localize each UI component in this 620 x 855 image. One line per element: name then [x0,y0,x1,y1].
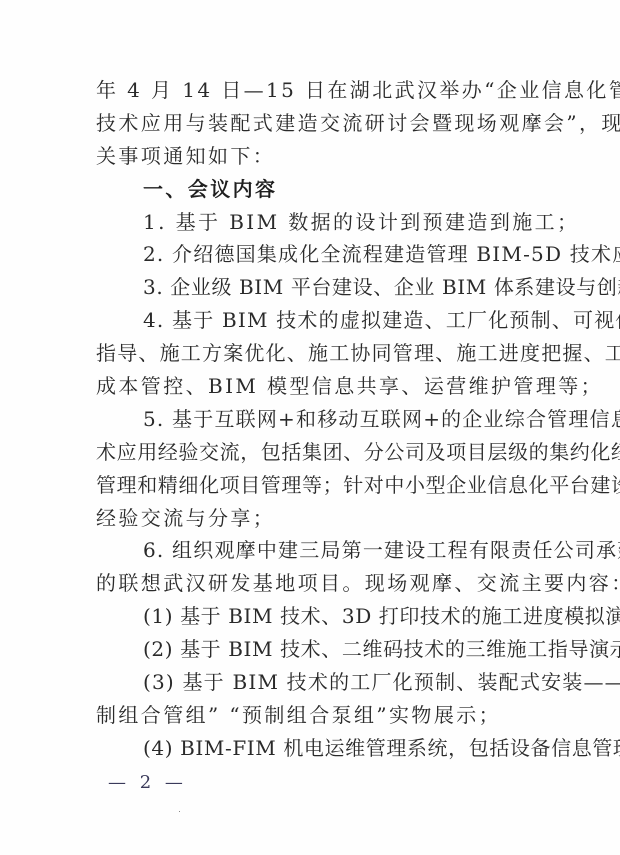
list-item-4: 4. 基于 BIM 技术的虚拟建造、工厂化预制、可视化施工 [96,304,524,337]
page-number: — 2 — [108,770,187,796]
sub-item-2: (2) 基于 BIM 技术、二维码技术的三维施工指导演示； [96,633,524,666]
sub-item-4: (4) BIM-FIM 机电运维管理系统，包括设备信息管理、运 [96,732,524,765]
sub-item-3-continued: 制组合管组” “预制组合泵组”实物展示； [96,699,524,732]
list-item-5-continued: 术应用经验交流，包括集团、分公司及项目层级的集约化经营 [96,436,524,469]
list-item-6-continued: 的联想武汉研发基地项目。现场观摩、交流主要内容： [96,567,524,600]
list-item-1: 1. 基于 BIM 数据的设计到预建造到施工； [96,206,524,239]
document-body: 年 4 月 14 日—15 日在湖北武汉举办“企业信息化管理、BIM 技术应用与… [96,74,524,765]
list-item-5-continued: 经验交流与分享； [96,502,524,535]
list-item-5-continued: 管理和精细化项目管理等；针对中小型企业信息化平台建设的 [96,469,524,502]
list-item-3: 3. 企业级 BIM 平台建设、企业 BIM 体系建设与创新发展； [96,271,524,304]
section-heading-meeting-content: 一、会议内容 [96,173,524,206]
scan-speck [179,811,180,812]
document-page: 年 4 月 14 日—15 日在湖北武汉举办“企业信息化管理、BIM 技术应用与… [0,0,620,855]
list-item-4-continued: 指导、施工方案优化、施工协同管理、施工进度把握、工程 [96,337,524,370]
sub-item-1: (1) 基于 BIM 技术、3D 打印技术的施工进度模拟演示； [96,600,524,633]
paragraph-line: 技术应用与装配式建造交流研讨会暨现场观摩会”，现将有 [96,107,524,140]
paragraph-line: 年 4 月 14 日—15 日在湖北武汉举办“企业信息化管理、BIM [96,74,524,107]
list-item-2: 2. 介绍德国集成化全流程建造管理 BIM-5D 技术应用； [96,238,524,271]
list-item-4-continued: 成本管控、BIM 模型信息共享、运营维护管理等； [96,370,524,403]
sub-item-3: (3) 基于 BIM 技术的工厂化预制、装配式安装——“预 [96,666,524,699]
list-item-6: 6. 组织观摩中建三局第一建设工程有限责任公司承建 [96,534,524,567]
paragraph-line: 关事项通知如下： [96,140,524,173]
list-item-5: 5. 基于互联网+和移动互联网+的企业综合管理信息化技 [96,403,524,436]
